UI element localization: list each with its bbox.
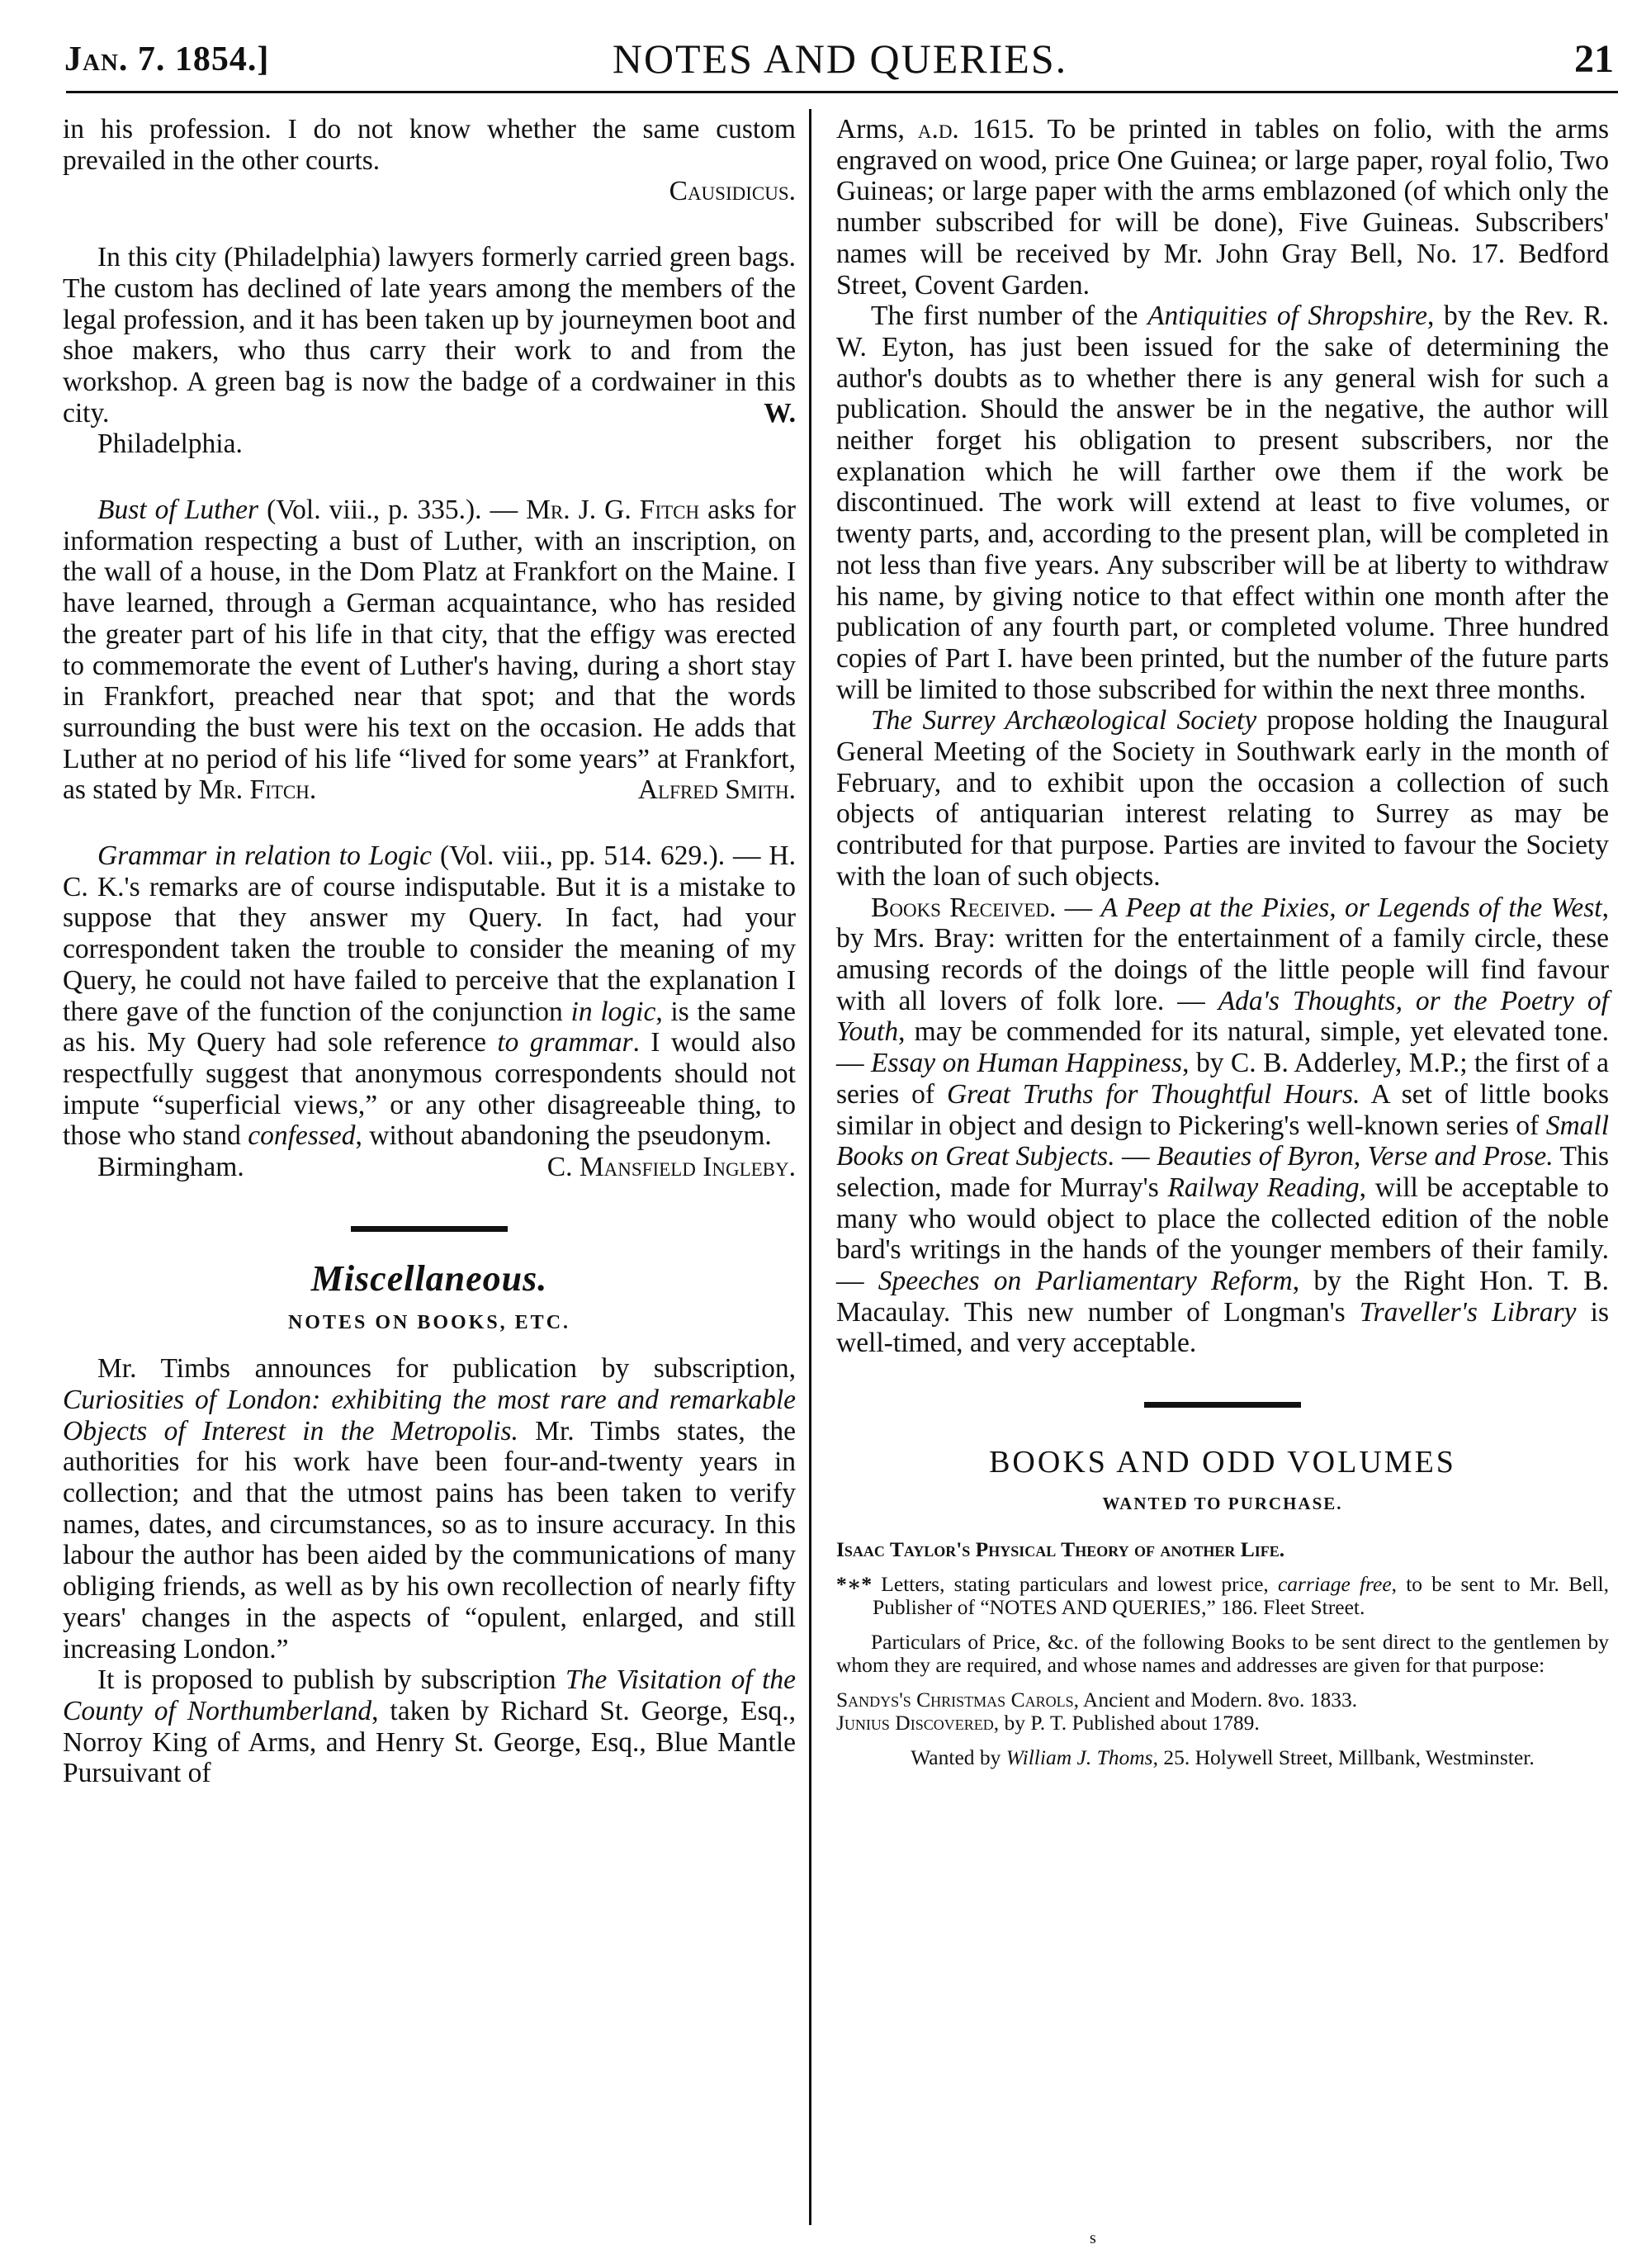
left-column: in his profession. I do not know whether…: [63, 114, 796, 1789]
timbs-paragraph: Mr. Timbs announces for publication by s…: [63, 1353, 796, 1664]
signature-ingleby: C. Mansfield Ingleby.: [513, 1152, 796, 1183]
place-philadelphia: Philadelphia.: [63, 429, 796, 460]
entry-title: Grammar in relation to Logic: [97, 840, 432, 871]
wanted-section: Isaac Taylor's Physical Theory of anothe…: [836, 1538, 1609, 1769]
wanted-book-1: Sandys's Christmas Carols, Ancient and M…: [836, 1688, 1609, 1712]
books-odd-volumes-heading: BOOKS AND ODD VOLUMES: [836, 1447, 1609, 1479]
section-rule: [351, 1226, 508, 1232]
page-number: 21: [1574, 36, 1614, 82]
shropshire-paragraph: The first number of the Antiquities of S…: [836, 301, 1609, 705]
asterism-icon: *∗*: [836, 1572, 872, 1596]
arms-paragraph: Arms, a.d. 1615. To be printed in tables…: [836, 114, 1609, 301]
books-received-label: Books Received.: [871, 893, 1056, 923]
letters-note: *∗* Letters, stating particulars and low…: [836, 1573, 1609, 1619]
wanted-book-2: Junius Discovered, by P. T. Published ab…: [836, 1712, 1609, 1735]
books-received-paragraph: Books Received. — A Peep at the Pixies, …: [836, 893, 1609, 1360]
column-divider: [809, 109, 811, 2225]
entry-title: Bust of Luther: [97, 495, 258, 525]
section-rule: [1144, 1402, 1301, 1408]
wanted-item: Isaac Taylor's Physical Theory of anothe…: [836, 1538, 1609, 1561]
signature-alfred-smith: Alfred Smith.: [603, 774, 796, 806]
signature-causidicus: Causidicus.: [63, 176, 796, 207]
bust-of-luther-entry: Bust of Luther (Vol. viii., p. 335.). — …: [63, 495, 796, 806]
running-header: Jan. 7. 1854.] NOTES AND QUERIES. 21: [58, 17, 1622, 91]
philadelphia-paragraph: In this city (Philadelphia) lawyers form…: [63, 242, 796, 429]
miscellaneous-heading: Miscellaneous.: [63, 1263, 796, 1295]
printer-mark: s: [1090, 2229, 1096, 2248]
visitation-paragraph: It is proposed to publish by subscriptio…: [63, 1664, 796, 1789]
surrey-society-paragraph: The Surrey Archæological Society propose…: [836, 705, 1609, 892]
signature-w: W.: [729, 398, 796, 429]
header-rule: [66, 91, 1618, 93]
journal-title: NOTES AND QUERIES.: [58, 35, 1622, 83]
wanted-by-line: Wanted by William J. Thoms, 25. Holywell…: [836, 1746, 1609, 1769]
notes-on-books-heading: NOTES ON BOOKS, ETC.: [63, 1308, 796, 1339]
particulars-note: Particulars of Price, &c. of the followi…: [836, 1631, 1609, 1677]
wanted-to-purchase-heading: WANTED TO PURCHASE.: [836, 1489, 1609, 1520]
right-column: Arms, a.d. 1615. To be printed in tables…: [836, 114, 1609, 1769]
continued-paragraph: in his profession. I do not know whether…: [63, 114, 796, 176]
grammar-logic-entry: Grammar in relation to Logic (Vol. viii.…: [63, 840, 796, 1152]
